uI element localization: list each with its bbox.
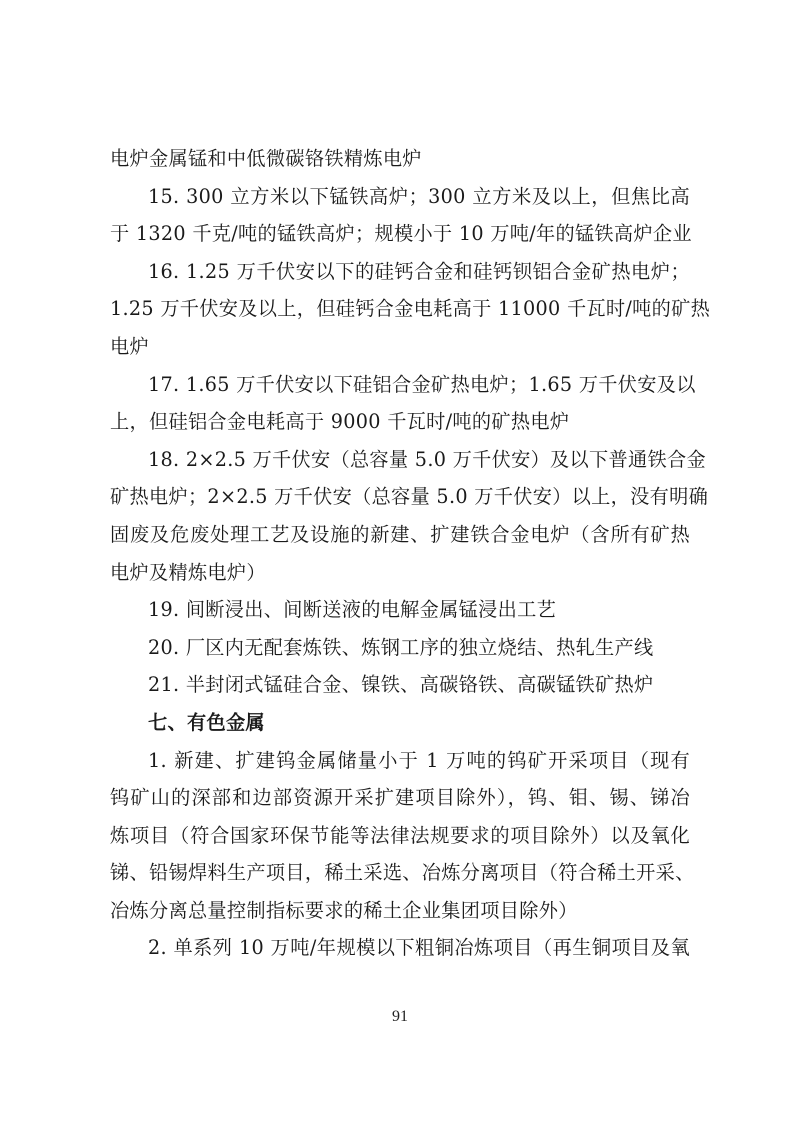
item-15-line-2: 于 1320 千克/吨的锰铁高炉；规模小于 10 万吨/年的锰铁高炉企业 xyxy=(110,215,690,253)
nf-item-2-line-1: 2. 单系列 10 万吨/年规模以下粗铜冶炼项目（再生铜项目及氧 xyxy=(110,929,690,967)
item-18-line-4: 电炉及精炼电炉） xyxy=(110,554,690,592)
nf-item-1-line-4: 锑、铅锡焊料生产项目，稀土采选、冶炼分离项目（符合稀土开采、 xyxy=(110,854,690,892)
item-18-line-3: 固废及危废处理工艺及设施的新建、扩建铁合金电炉（含所有矿热 xyxy=(110,516,690,554)
item-18-line-2: 矿热电炉；2×2.5 万千伏安（总容量 5.0 万千伏安）以上，没有明确 xyxy=(110,478,690,516)
document-body: 电炉金属锰和中低微碳铬铁精炼电炉 15. 300 立方米以下锰铁高炉；300 立… xyxy=(110,140,690,967)
text-line: 电炉金属锰和中低微碳铬铁精炼电炉 xyxy=(110,140,690,178)
nf-item-1-line-3: 炼项目（符合国家环保节能等法律法规要求的项目除外）以及氧化 xyxy=(110,817,690,855)
item-16-line-1: 16. 1.25 万千伏安以下的硅钙合金和硅钙钡铝合金矿热电炉； xyxy=(110,253,690,291)
item-17-line-1: 17. 1.65 万千伏安以下硅铝合金矿热电炉；1.65 万千伏安及以 xyxy=(110,366,690,404)
section-heading: 七、有色金属 xyxy=(110,704,690,742)
item-18-line-1: 18. 2×2.5 万千伏安（总容量 5.0 万千伏安）及以下普通铁合金 xyxy=(110,441,690,479)
item-16-line-3: 电炉 xyxy=(110,328,690,366)
nf-item-1-line-5: 冶炼分离总量控制指标要求的稀土企业集团项目除外） xyxy=(110,892,690,930)
item-21: 21. 半封闭式锰硅合金、镍铁、高碳铬铁、高碳锰铁矿热炉 xyxy=(110,666,690,704)
item-19: 19. 间断浸出、间断送液的电解金属锰浸出工艺 xyxy=(110,591,690,629)
nf-item-1-line-2: 钨矿山的深部和边部资源开采扩建项目除外），钨、钼、锡、锑冶 xyxy=(110,779,690,817)
item-20: 20. 厂区内无配套炼铁、炼钢工序的独立烧结、热轧生产线 xyxy=(110,629,690,667)
item-15-line-1: 15. 300 立方米以下锰铁高炉；300 立方米及以上，但焦比高 xyxy=(110,178,690,216)
item-17-line-2: 上，但硅铝合金电耗高于 9000 千瓦时/吨的矿热电炉 xyxy=(110,403,690,441)
nf-item-1-line-1: 1. 新建、扩建钨金属储量小于 1 万吨的钨矿开采项目（现有 xyxy=(110,742,690,780)
item-16-line-2: 1.25 万千伏安及以上，但硅钙合金电耗高于 11000 千瓦时/吨的矿热 xyxy=(110,290,690,328)
page-number: 91 xyxy=(0,1008,800,1026)
